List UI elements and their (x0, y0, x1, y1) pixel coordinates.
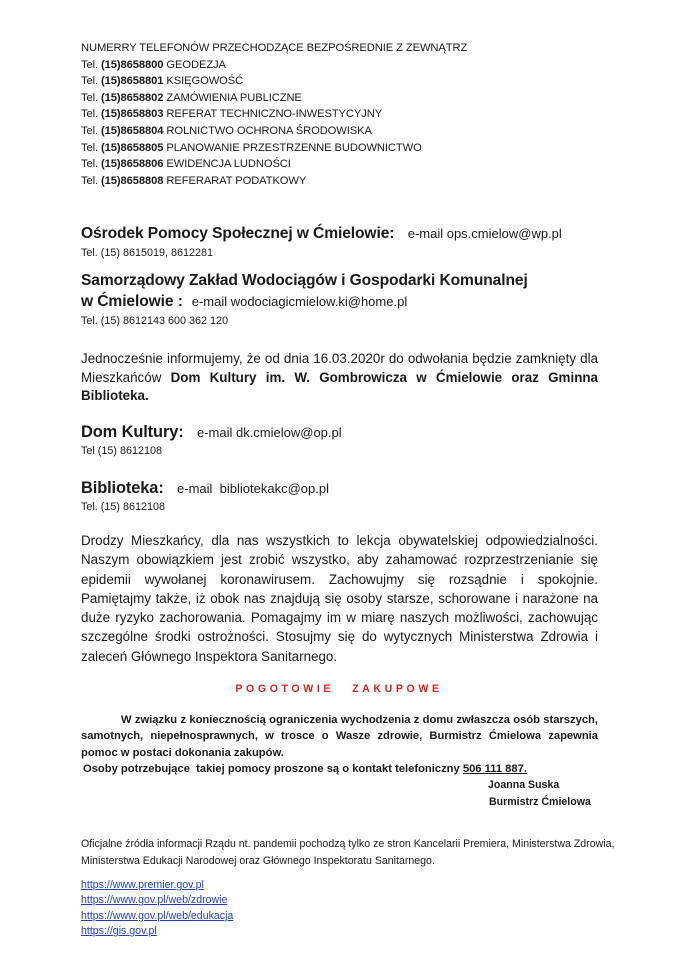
phone-list-item: Tel. (15)8658805 PLANOWANIE PRZESTRZENNE… (81, 140, 467, 157)
pogotowie-title-word1: POGOTOWIE (235, 683, 334, 695)
department: ZAMÓWIENIA PUBLICZNE (166, 92, 301, 104)
dom-kultury-contact: Dom Kultury: e-mail dk.cmielow@op.pl Tel… (81, 423, 342, 458)
tel-prefix: Tel. (81, 175, 98, 187)
phone-list-item: Tel. (15)8658806 EWIDENCJA LUDNOŚCI (81, 156, 467, 173)
phone-list: NUMERRY TELEFONÓW PRZECHODZĄCE BEZPOŚRED… (81, 40, 467, 189)
department: ROLNICTWO OCHRONA ŚRODOWISKA (166, 125, 371, 137)
official-sources-text: Oficjalne źródła informacji Rządu nt. pa… (81, 836, 621, 869)
tel-prefix: Tel. (81, 92, 98, 104)
signature-name: Joanna Suska (488, 777, 559, 793)
link-premier[interactable]: https://www.premier.gov.pl (81, 878, 233, 893)
dk-email: e-mail dk.cmielow@op.pl (197, 425, 342, 440)
zwik-email: e-mail wodociagicmielow.ki@home.pl (192, 294, 408, 309)
dk-name: Dom Kultury: (81, 423, 184, 441)
pogotowie-title-word2: ZAKUPOWE (352, 683, 443, 695)
official-links: https://www.premier.gov.pl https://www.g… (81, 878, 233, 940)
link-gis[interactable]: https://gis.gov.pl (81, 924, 233, 939)
bib-tel: Tel. (15) 8612108 (81, 500, 329, 514)
tel-prefix: Tel. (81, 108, 98, 120)
department: EWIDENCJA LUDNOŚCI (166, 158, 290, 170)
closure-notice: Jednocześnie informujemy, że od dnia 16.… (81, 350, 598, 406)
phone-number: (15)8658801 (101, 75, 163, 87)
ops-name: Ośrodek Pomocy Społecznej w Ćmielowie: (81, 225, 394, 242)
phone-list-heading: NUMERRY TELEFONÓW PRZECHODZĄCE BEZPOŚRED… (81, 40, 467, 57)
tel-prefix: Tel. (81, 142, 98, 154)
phone-list-item: Tel. (15)8658803 REFERAT TECHNICZNO-INWE… (81, 106, 467, 123)
phone-list-item: Tel. (15)8658800 GEODEZJA (81, 57, 467, 74)
zwik-name: Samorządowy Zakład Wodociągów i Gospodar… (81, 272, 528, 293)
tel-prefix: Tel. (81, 75, 98, 87)
tel-prefix: Tel. (81, 158, 98, 170)
signature-title: Burmistrz Ćmielowa (489, 794, 591, 810)
bib-email: e-mail bibliotekakc@op.pl (177, 481, 329, 496)
contact-text: Osoby potrzebujące takiej pomocy proszon… (83, 763, 463, 775)
zwik-contact: Samorządowy Zakład Wodociągów i Gospodar… (81, 272, 528, 328)
phone-list-item: Tel. (15)8658804 ROLNICTWO OCHRONA ŚRODO… (81, 123, 467, 140)
department: GEODEZJA (166, 59, 226, 71)
dk-tel: Tel (15) 8612108 (81, 444, 342, 458)
phone-number: (15)8658804 (101, 125, 163, 137)
phone-list-item: Tel. (15)8658802 ZAMÓWIENIA PUBLICZNE (81, 90, 467, 107)
phone-number: (15)8658806 (101, 158, 163, 170)
phone-list-item: Tel. (15)8658808 REFERARAT PODATKOWY (81, 173, 467, 190)
ops-email: e-mail ops.cmielow@wp.pl (408, 226, 562, 241)
ops-contact: Ośrodek Pomocy Społecznej w Ćmielowie: e… (81, 225, 562, 260)
phone-number: (15)8658805 (101, 142, 163, 154)
department: PLANOWANIE PRZESTRZENNE BUDOWNICTWO (166, 142, 421, 154)
pogotowie-body: W związku z koniecznością ograniczenia w… (81, 712, 598, 777)
phone-list-item: Tel. (15)8658801 KSIĘGOWOŚĆ (81, 73, 467, 90)
phone-number: (15)8658802 (101, 92, 163, 104)
zwik-name-cont: w Ćmielowie : (81, 293, 183, 310)
appeal-paragraph: Drodzy Mieszkańcy, dla nas wszystkich to… (81, 531, 598, 666)
phone-number: (15)8658803 (101, 108, 163, 120)
phone-number: (15)8658808 (101, 175, 163, 187)
pogotowie-paragraph: W związku z koniecznością ograniczenia w… (81, 712, 598, 761)
pogotowie-contact: Osoby potrzebujące takiej pomocy proszon… (83, 761, 598, 777)
link-edukacja[interactable]: https://www.gov.pl/web/edukacja (81, 909, 233, 924)
pogotowie-title: POGOTOWIEZAKUPOWE (0, 683, 678, 695)
tel-prefix: Tel. (81, 125, 98, 137)
phone-number: (15)8658800 (101, 59, 163, 71)
bib-name: Biblioteka: (81, 479, 164, 497)
tel-prefix: Tel. (81, 59, 98, 71)
department: KSIĘGOWOŚĆ (166, 75, 243, 87)
contact-phone[interactable]: 506 111 887. (463, 763, 527, 775)
department: REFERARAT PODATKOWY (166, 175, 306, 187)
zwik-tel: Tel. (15) 8612143 600 362 120 (81, 314, 528, 328)
department: REFERAT TECHNICZNO-INWESTYCYJNY (166, 108, 382, 120)
biblioteka-contact: Biblioteka: e-mail bibliotekakc@op.pl Te… (81, 479, 329, 514)
link-zdrowie[interactable]: https://www.gov.pl/web/zdrowie (81, 893, 233, 908)
ops-tel: Tel. (15) 8615019, 8612281 (81, 246, 562, 260)
